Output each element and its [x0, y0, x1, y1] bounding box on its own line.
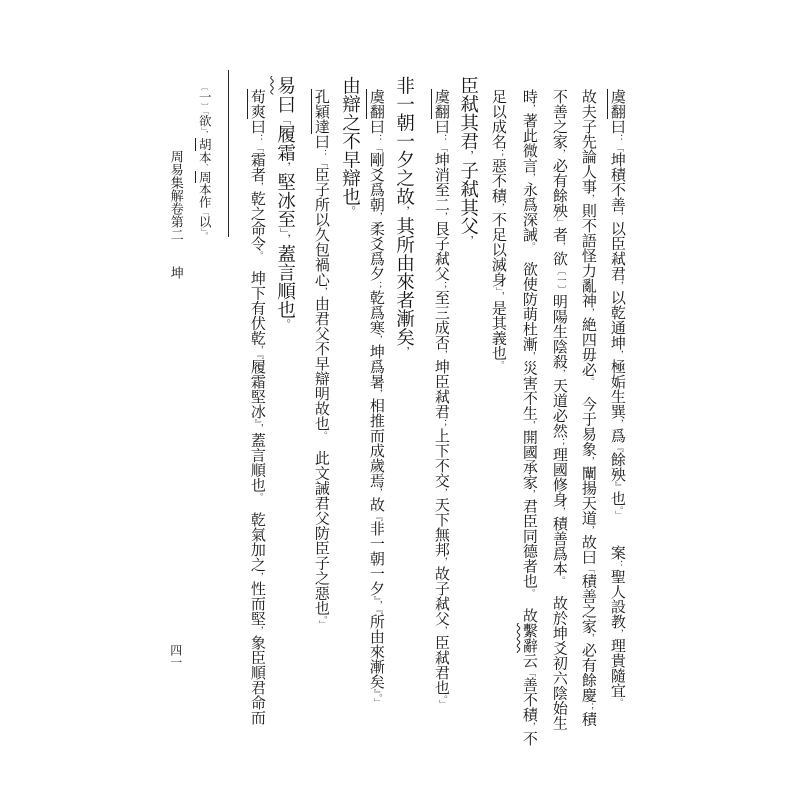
punctuation: 。 [253, 251, 263, 256]
punctuation: ， [372, 389, 382, 398]
classic-text: 臣弒其君，子弒其父， [458, 76, 479, 246]
punctuation: ， [613, 212, 623, 221]
punctuation: 。 [344, 206, 357, 217]
punctuation: 』 [613, 482, 623, 491]
punctuation: 「 [613, 143, 623, 152]
punctuation: ， [494, 203, 504, 212]
punctuation: 〕 [200, 103, 209, 111]
book-title-mark: 繫辭 [521, 623, 539, 653]
punctuation: ， [253, 424, 263, 433]
commentator-name: 荀爽 [247, 89, 267, 119]
punctuation: 。 [555, 576, 565, 581]
punctuation: ， [462, 235, 475, 246]
footnote: 〔一〕「欲」，胡本、周本作「以」。 [198, 83, 211, 239]
punctuation: 。 [494, 361, 504, 370]
punctuation: ， [253, 626, 263, 635]
punctuation: 」 [317, 620, 327, 629]
punctuation: ， [200, 131, 209, 139]
classic-text: 曰「履霜，堅冰至」，蓋言順也。 [275, 95, 296, 330]
page-number: 四一 [169, 644, 182, 668]
punctuation: ， [584, 308, 594, 317]
punctuation: ， [437, 626, 447, 635]
punctuation: ， [555, 242, 565, 251]
punctuation: 「 [200, 111, 209, 115]
commentary-text: 云「善不積，不 [521, 653, 539, 746]
punctuation: ： [372, 134, 382, 143]
punctuation: ； [437, 281, 447, 290]
punctuation: ， [437, 557, 447, 566]
punctuation: 」 [372, 698, 382, 707]
commentary-text: 曰：「坤積不善，以臣弒君，以乾通坤，極姤生巽，爲『餘殃』也。」 案：聖人設教，理… [609, 119, 627, 707]
footnote-text: 本、 [197, 151, 212, 171]
punctuation: ， [525, 352, 535, 361]
punctuation: ， [253, 572, 263, 581]
punctuation: 「 [317, 158, 327, 167]
punctuation: 〔 [200, 83, 209, 91]
footnote-text: 本作「以」。 [197, 183, 212, 239]
punctuation: ， [525, 173, 535, 182]
footnote-marker: 〔一〕 [555, 266, 566, 294]
commentary-text: 不善之家，必有餘殃」者，欲 [551, 89, 569, 266]
punctuation: 。 [525, 589, 535, 594]
commentator-name: 虞翻 [366, 89, 386, 119]
punctuation: 『 [372, 512, 382, 521]
punctuation: ， [613, 281, 623, 290]
punctuation: ， [584, 526, 594, 535]
commentary-column: 荀爽曰：「霜者，乾之命令。 坤下有伏乾，『履霜堅冰』，蓋言順也。 乾氣加之，性而… [249, 89, 265, 725]
punctuation: 」 [555, 218, 565, 227]
punctuation: ， [584, 194, 594, 203]
classic-text-column: 臣弒其君，子弒其父， [458, 76, 478, 246]
punctuation: ， [555, 369, 565, 378]
punctuation: ， [253, 182, 263, 191]
punctuation: 「 [437, 143, 447, 152]
punctuation: 「 [253, 143, 263, 152]
punctuation: 「 [372, 143, 382, 152]
punctuation: ， [253, 346, 263, 355]
book-page: 虞翻曰：「坤積不善，以臣弒君，以乾通坤，極姤生巽，爲『餘殃』也。」 案：聖人設教… [0, 0, 790, 790]
punctuation: 『 [372, 610, 382, 615]
punctuation: ， [613, 419, 623, 428]
punctuation: 『 [613, 443, 623, 452]
punctuation: ， [613, 350, 623, 359]
punctuation: 「 [525, 668, 535, 677]
punctuation: ， [525, 421, 535, 430]
punctuation: 「 [584, 565, 594, 574]
punctuation: ， [372, 601, 382, 610]
punctuation: 」 [613, 511, 623, 516]
punctuation: 。 [200, 232, 209, 240]
punctuation: ， [525, 490, 535, 499]
punctuation: ， [372, 212, 382, 221]
punctuation: ， [437, 212, 447, 221]
punctuation: ， [437, 350, 447, 359]
punctuation: ， [525, 722, 535, 731]
punctuation: ， [613, 629, 623, 638]
punctuation: 」 [437, 700, 447, 709]
punctuation: 。 [525, 242, 535, 247]
commentary-text: 足以成名；惡不積，不足以滅身」，是其義也。 [490, 89, 508, 370]
punctuation: 。 [253, 493, 263, 498]
punctuation: ； [555, 438, 565, 447]
classic-text: 由辯之不早辯也。 [340, 76, 361, 217]
footnote-text: 〔一〕「欲」， [197, 83, 212, 138]
punctuation: ， [555, 149, 565, 158]
commentator-name: 虞翻 [607, 89, 627, 119]
book-title-mark: 易 [275, 76, 296, 95]
commentary-text: 明陽生陰殺，天道必然；理國修身，積善爲本。 故於坤爻初六陰始生 [551, 294, 569, 731]
commentary-column: 虞翻曰：「剛爻爲朝，柔爻爲夕；乾爲寒，坤爲暑，相推而成歲焉，故『非一朝一夕』，『… [368, 89, 384, 707]
punctuation: ； [372, 281, 382, 290]
punctuation: ， [398, 206, 411, 217]
punctuation: ， [372, 488, 382, 497]
classic-text-column: 非一朝一夕之故，其所由來者漸矣， [394, 76, 414, 357]
punctuation: 。 [584, 377, 594, 382]
punctuation: 。 [317, 431, 327, 436]
punctuation: ： [317, 149, 327, 158]
punctuation: ， [317, 287, 327, 296]
footnote-divider [228, 70, 229, 237]
punctuation: 。 [613, 698, 623, 707]
commentary-text: 曰：「坤消至二，艮子弒父；至三成否，坤臣弒君；上下不交，天下無邦，故子弒父，臣弒… [433, 119, 451, 709]
punctuation: ， [279, 233, 292, 244]
commentary-column: 足以成名；惡不積，不足以滅身」，是其義也。 [490, 89, 506, 370]
commentary-text: 故夫子先論人事，則不語怪力亂神，絶四毋必。 今于易象，闡揚天道，故曰「積善之家，… [580, 89, 598, 727]
punctuation: ； [494, 149, 504, 158]
punctuation: ： [613, 560, 623, 569]
punctuation: 「 [200, 208, 209, 216]
punctuation: ， [398, 346, 411, 357]
punctuation: ， [437, 488, 447, 497]
punctuation: ： [437, 134, 447, 143]
commentary-column: 孔穎達曰：「臣子所以久包禍心，由君父不早辯明故也。 此文誡君父防臣子之惡也。」 [313, 89, 329, 629]
commentary-column: 故夫子先論人事，則不語怪力亂神，絶四毋必。 今于易象，闡揚天道，故曰「積善之家，… [580, 89, 596, 727]
punctuation: ， [584, 457, 594, 466]
commentator-name: 孔穎達 [311, 89, 331, 134]
commentary-column: 虞翻曰：「坤消至二，艮子弒父；至三成否，坤臣弒君；上下不交，天下無邦，故子弒父，… [433, 89, 449, 709]
commentary-text: 時，著此微言，永爲深誡。 欲使防萌杜漸，災害不生，開國承家，君臣同德者也。 故 [521, 89, 539, 623]
classic-text-column: 易曰「履霜，堅冰至」，蓋言順也。 [275, 76, 295, 330]
edition-name: 周 [195, 171, 212, 184]
punctuation: ， [372, 335, 382, 344]
running-head-section: 坤 [168, 266, 182, 279]
commentary-column: 時，著此微言，永爲深誡。 欲使防萌杜漸，災害不生，開國承家，君臣同德者也。 故繫… [521, 89, 537, 746]
punctuation: ， [525, 104, 535, 113]
punctuation: ： [253, 134, 263, 143]
running-head-title: 周易集解卷第二 [168, 150, 182, 241]
punctuation: ， [584, 634, 594, 643]
commentary-column: 虞翻曰：「坤積不善，以臣弒君，以乾通坤，極姤生巽，爲『餘殃』也。」 案：聖人設教… [609, 89, 625, 707]
classic-text: 非一朝一夕之故，其所由來者漸矣， [394, 76, 415, 357]
punctuation: 「 [279, 113, 292, 124]
punctuation: 、 [200, 163, 209, 171]
commentary-text: 曰：「剛爻爲朝，柔爻爲夕；乾爲寒，坤爲暑，相推而成歲焉，故『非一朝一夕』，『所由… [368, 119, 386, 707]
punctuation: 。 [279, 318, 292, 329]
classic-text-column: 由辯之不早辯也。 [340, 76, 360, 217]
commentary-text: 曰：「霜者，乾之命令。 坤下有伏乾，『履霜堅冰』，蓋言順也。 乾氣加之，性而堅，… [249, 119, 267, 725]
punctuation: ， [279, 161, 292, 172]
punctuation: ； [584, 703, 594, 712]
punctuation: 『 [253, 355, 263, 360]
commentary-column: 不善之家，必有餘殃」者，欲〔一〕明陽生陰殺，天道必然；理國修身，積善爲本。 故於… [551, 89, 567, 730]
punctuation: ， [462, 150, 475, 161]
edition-name: 胡 [195, 138, 212, 151]
commentator-name: 虞翻 [431, 89, 451, 119]
commentary-text: 曰：「臣子所以久包禍心，由君父不早辯明故也。 此文誡君父防臣子之惡也。」 [313, 134, 331, 629]
punctuation: ， [555, 507, 565, 516]
punctuation: ； [437, 419, 447, 428]
punctuation: ， [494, 292, 504, 301]
punctuation: ： [613, 134, 623, 143]
